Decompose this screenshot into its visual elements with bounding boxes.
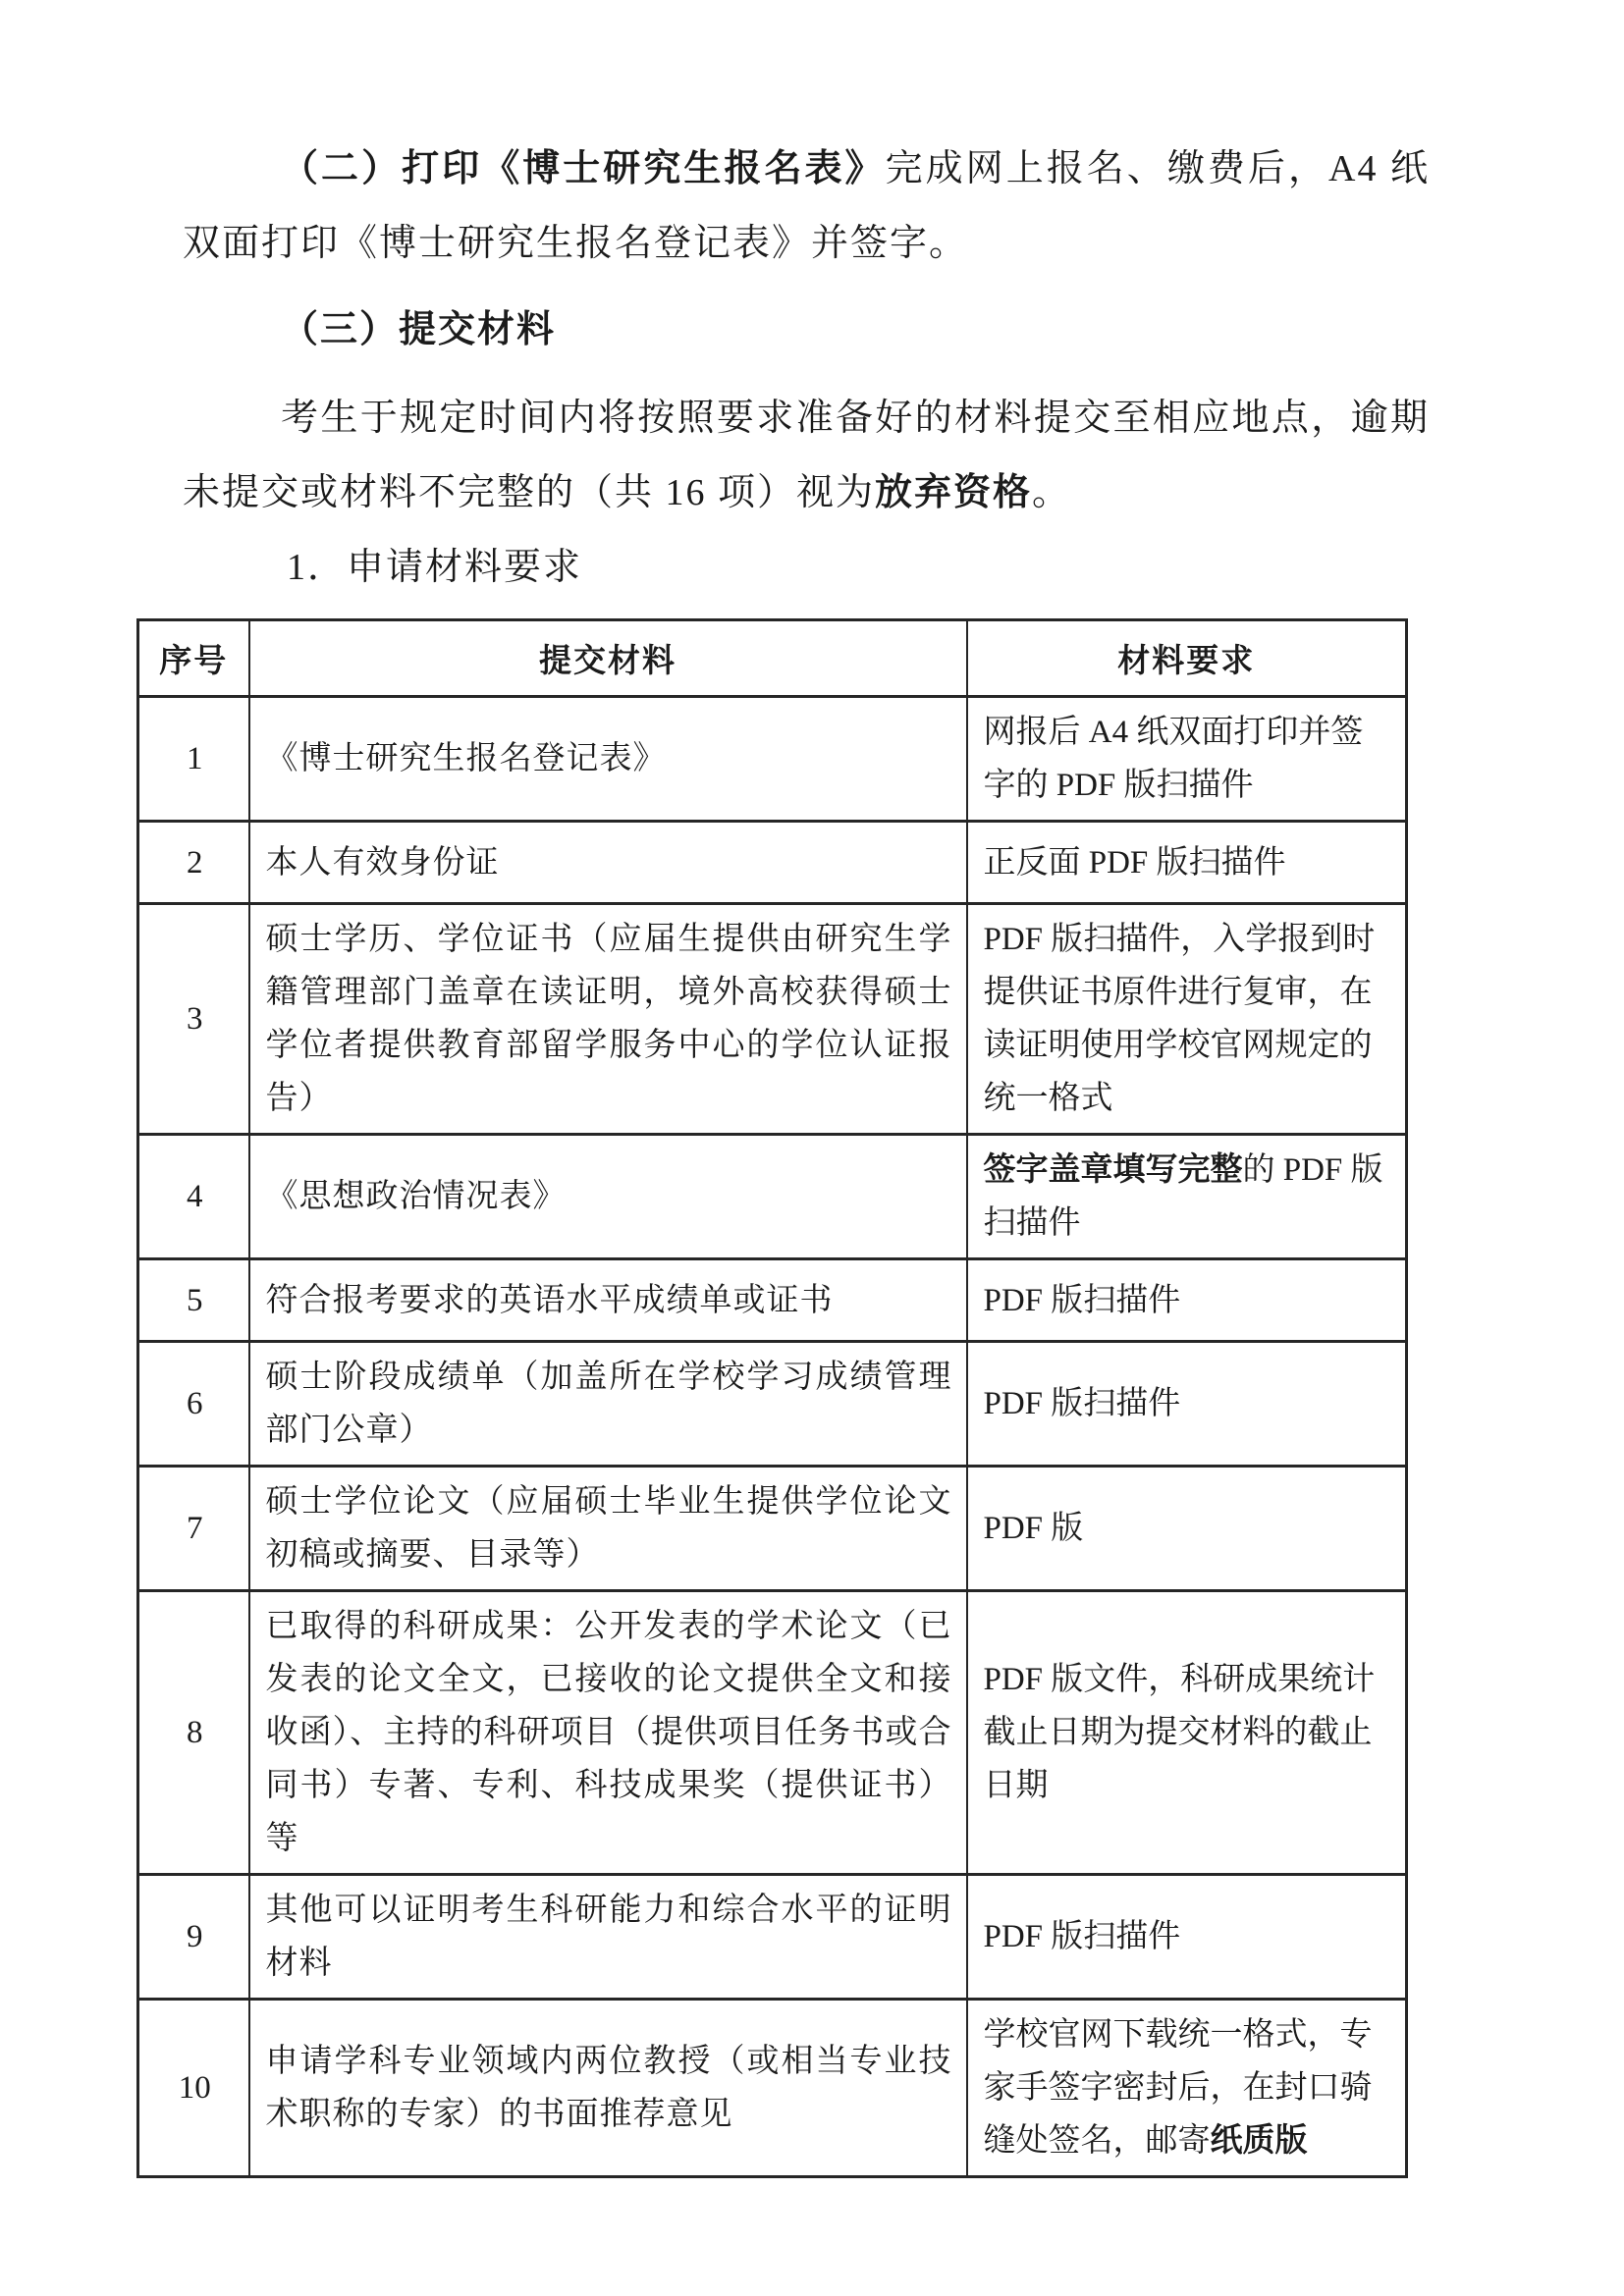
paragraph-submission-rules-pre: 考生于规定时间内将按照要求准备好的材料提交至相应地点，逾期未提交或材料不完整的（… <box>183 398 1430 513</box>
paragraph-submission-rules-bold: 放弃资格 <box>875 472 1032 513</box>
table-row: 2本人有效身份证正反面 PDF 版扫描件 <box>138 822 1407 904</box>
column-header-number: 序号 <box>138 620 249 697</box>
requirement-segment: PDF 版扫描件，入学报到时提供证书原件进行复审，在读证明使用学校官网规定的统一… <box>984 922 1376 1116</box>
column-header-material: 提交材料 <box>249 620 967 697</box>
row-number-cell: 4 <box>138 1135 249 1259</box>
material-cell: 《博士研究生报名登记表》 <box>249 697 967 822</box>
row-number-cell: 1 <box>138 697 249 822</box>
row-number-cell: 2 <box>138 822 249 904</box>
material-cell: 硕士学历、学位证书（应届生提供由研究生学籍管理部门盖章在读证明，境外高校获得硕士… <box>249 904 967 1135</box>
row-number-cell: 5 <box>138 1259 249 1342</box>
document-page: （二）打印《博士研究生报名表》完成网上报名、缴费后，A4 纸双面打印《博士研究生… <box>0 0 1624 2296</box>
material-cell: 已取得的科研成果：公开发表的学术论文（已发表的论文全文，已接收的论文提供全文和接… <box>249 1591 967 1875</box>
requirement-segment: PDF 版扫描件 <box>984 1919 1181 1954</box>
requirement-cell: 学校官网下载统一格式，专家手签字密封后，在封口骑缝处签名，邮寄纸质版 <box>967 2000 1407 2177</box>
material-cell: 硕士学位论文（应届硕士毕业生提供学位论文初稿或摘要、目录等） <box>249 1467 967 1591</box>
table-body: 1《博士研究生报名登记表》网报后 A4 纸双面打印并签字的 PDF 版扫描件2本… <box>138 697 1407 2177</box>
table-row: 9其他可以证明考生科研能力和综合水平的证明材料PDF 版扫描件 <box>138 1875 1407 2000</box>
requirement-cell: PDF 版 <box>967 1467 1407 1591</box>
row-number-cell: 7 <box>138 1467 249 1591</box>
requirement-segment: PDF 版文件，科研成果统计截止日期为提交材料的截止日期 <box>984 1662 1376 1803</box>
table-row: 7硕士学位论文（应届硕士毕业生提供学位论文初稿或摘要、目录等）PDF 版 <box>138 1467 1407 1591</box>
material-cell: 申请学科专业领域内两位教授（或相当专业技术职称的专家）的书面推荐意见 <box>249 2000 967 2177</box>
table-header-row: 序号 提交材料 材料要求 <box>138 620 1407 697</box>
material-cell: 《思想政治情况表》 <box>249 1135 967 1259</box>
requirement-cell: 正反面 PDF 版扫描件 <box>967 822 1407 904</box>
table-row: 10申请学科专业领域内两位教授（或相当专业技术职称的专家）的书面推荐意见学校官网… <box>138 2000 1407 2177</box>
material-cell: 其他可以证明考生科研能力和综合水平的证明材料 <box>249 1875 967 2000</box>
row-number-cell: 8 <box>138 1591 249 1875</box>
list-item-application-material-requirements: 1．申请材料要求 <box>183 530 1430 605</box>
requirement-segment: PDF 版扫描件 <box>984 1283 1181 1318</box>
column-header-requirement: 材料要求 <box>967 620 1407 697</box>
paragraph-print-form: （二）打印《博士研究生报名表》完成网上报名、缴费后，A4 纸双面打印《博士研究生… <box>183 132 1430 281</box>
material-cell: 符合报考要求的英语水平成绩单或证书 <box>249 1259 967 1342</box>
requirement-segment: PDF 版 <box>984 1511 1084 1546</box>
requirement-cell: PDF 版扫描件，入学报到时提供证书原件进行复审，在读证明使用学校官网规定的统一… <box>967 904 1407 1135</box>
requirement-cell: PDF 版扫描件 <box>967 1259 1407 1342</box>
requirement-cell: PDF 版扫描件 <box>967 1342 1407 1467</box>
row-number-cell: 3 <box>138 904 249 1135</box>
row-number-cell: 6 <box>138 1342 249 1467</box>
requirement-cell: PDF 版文件，科研成果统计截止日期为提交材料的截止日期 <box>967 1591 1407 1875</box>
materials-requirements-table: 序号 提交材料 材料要求 1《博士研究生报名登记表》网报后 A4 纸双面打印并签… <box>136 618 1408 2178</box>
table-row: 6硕士阶段成绩单（加盖所在学校学习成绩管理部门公章）PDF 版扫描件 <box>138 1342 1407 1467</box>
requirement-segment: 学校官网下载统一格式，专家手签字密封后，在封口骑缝处签名，邮寄 <box>984 2017 1373 2159</box>
table-row: 5符合报考要求的英语水平成绩单或证书PDF 版扫描件 <box>138 1259 1407 1342</box>
paragraph-submission-rules: 考生于规定时间内将按照要求准备好的材料提交至相应地点，逾期未提交或材料不完整的（… <box>183 381 1430 530</box>
requirement-bold-segment: 纸质版 <box>1211 2123 1308 2159</box>
requirement-bold-segment: 签字盖章填写完整 <box>984 1152 1243 1188</box>
row-number-cell: 10 <box>138 2000 249 2177</box>
material-cell: 硕士阶段成绩单（加盖所在学校学习成绩管理部门公章） <box>249 1342 967 1467</box>
requirement-segment: 网报后 A4 纸双面打印并签字的 PDF 版扫描件 <box>984 715 1364 803</box>
paragraph-print-form-bold-lead: （二）打印《博士研究生报名表》 <box>281 148 886 189</box>
paragraph-submission-rules-post: 。 <box>1032 472 1071 513</box>
table-row: 3硕士学历、学位证书（应届生提供由研究生学籍管理部门盖章在读证明，境外高校获得硕… <box>138 904 1407 1135</box>
material-cell: 本人有效身份证 <box>249 822 967 904</box>
section-heading-submit-materials: （三）提交材料 <box>183 293 1430 367</box>
requirement-cell: 签字盖章填写完整的 PDF 版扫描件 <box>967 1135 1407 1259</box>
row-number-cell: 9 <box>138 1875 249 2000</box>
requirement-segment: PDF 版扫描件 <box>984 1386 1181 1421</box>
requirement-segment: 正反面 PDF 版扫描件 <box>984 845 1286 881</box>
table-row: 4《思想政治情况表》签字盖章填写完整的 PDF 版扫描件 <box>138 1135 1407 1259</box>
requirement-cell: 网报后 A4 纸双面打印并签字的 PDF 版扫描件 <box>967 697 1407 822</box>
requirement-cell: PDF 版扫描件 <box>967 1875 1407 2000</box>
table-row: 1《博士研究生报名登记表》网报后 A4 纸双面打印并签字的 PDF 版扫描件 <box>138 697 1407 822</box>
table-row: 8已取得的科研成果：公开发表的学术论文（已发表的论文全文，已接收的论文提供全文和… <box>138 1591 1407 1875</box>
